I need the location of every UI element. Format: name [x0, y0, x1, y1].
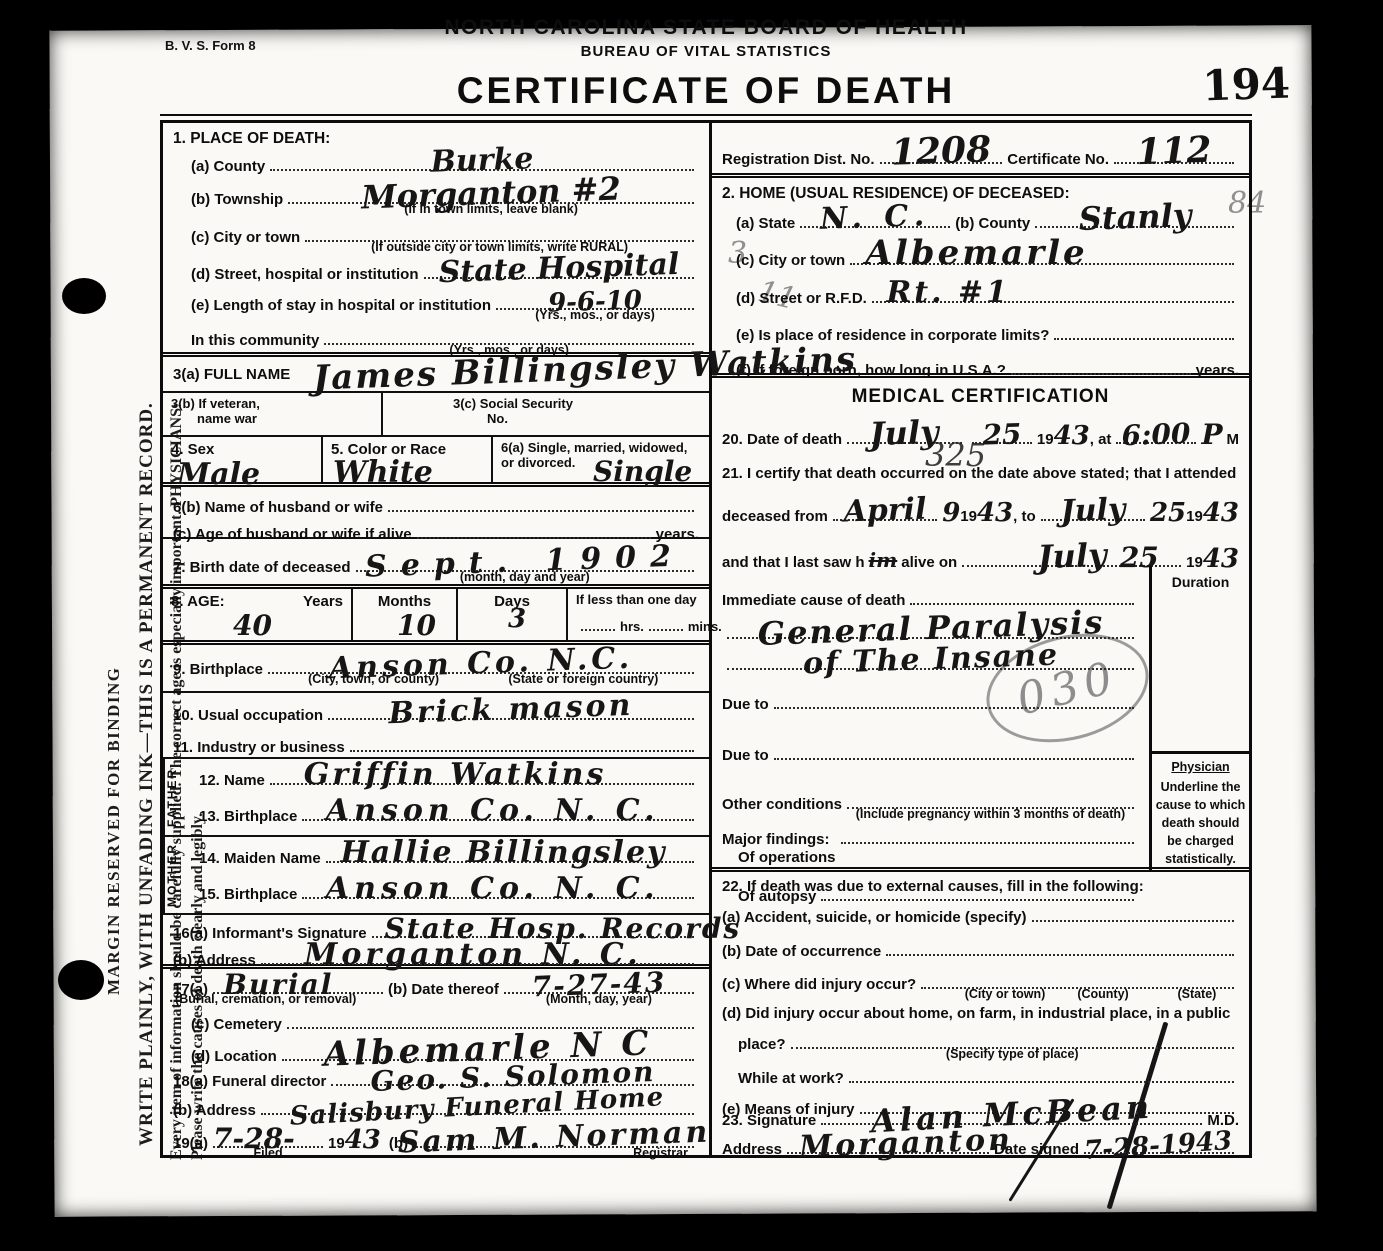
- page-number-stamp: 194: [1201, 58, 1290, 110]
- other-conditions-note: (Include pregnancy within 3 months of de…: [847, 807, 1134, 821]
- ampm-value: P: [1201, 418, 1222, 451]
- mother-name-label: 14. Maiden Name: [199, 850, 321, 867]
- signature-address-line: Morganton: [787, 1137, 989, 1154]
- injury-where-note-county: (County): [1071, 987, 1128, 1001]
- duration-label: Duration: [1172, 574, 1230, 590]
- pod-street-value: State Hospital: [438, 250, 680, 288]
- age-hrs-line: [581, 614, 615, 631]
- attended-to-year: 43: [1203, 498, 1239, 528]
- last-saw-im: im: [869, 548, 898, 572]
- veteran-label-1: 3(b) If veteran,: [171, 397, 373, 412]
- mother-section: MOTHER 14. Maiden Name Hallie Billingsle…: [163, 837, 709, 915]
- spouse-line: [388, 495, 694, 512]
- pod-township-label: (b) Township: [191, 191, 283, 208]
- time-of-death-line: 6:00: [1116, 427, 1196, 444]
- home-state-line: N. C.: [800, 211, 950, 228]
- birth-date-note: (month, day and year): [356, 570, 694, 584]
- pod-township-note: (If in town limits, leave blank): [288, 202, 694, 216]
- physician-note-1: Underline the: [1152, 778, 1249, 796]
- physician-signature-section: 23. Signature Alan McBean M.D. Address M…: [712, 1098, 1249, 1156]
- mother-birthplace-line: Anson Co. N. C.: [302, 882, 694, 899]
- full-name-section: 3(a) FULL NAME James Billingsley Watkins: [163, 357, 709, 393]
- duration-box: Duration: [1149, 566, 1249, 754]
- major-findings-label: Major findings:: [722, 831, 836, 848]
- birthplace-note-1: (City, town, or county): [302, 672, 439, 686]
- age-months-label: Months: [361, 593, 448, 610]
- registration-district-value: 1208: [890, 131, 991, 170]
- attended-to-label: , to: [1013, 508, 1036, 525]
- pod-community-label: In this community: [191, 332, 319, 349]
- immediate-cause-label: Immediate cause of death: [722, 592, 905, 609]
- spouse-age-line: [417, 522, 651, 539]
- pod-township-line: Morganton #2 (If in town limits, leave b…: [288, 187, 694, 204]
- home-city-line: Albemarle: [850, 248, 1234, 265]
- disposal-note: (Burial, cremation, or removal): [169, 992, 409, 1006]
- industry-line: [350, 735, 694, 752]
- birthplace-label: 9. Birthplace: [173, 661, 263, 678]
- mother-birthplace-label: 15. Birthplace: [199, 886, 297, 903]
- hole-punch-bottom: [58, 960, 104, 1000]
- home-county-label: (b) County: [955, 215, 1030, 232]
- date-signed-line: 7-28-1943: [1084, 1137, 1234, 1154]
- spouse-section: 6(b) Name of husband or wife (c) Age of …: [163, 487, 709, 539]
- due-to-line-2: [774, 743, 1134, 760]
- filed-number: 19(a): [173, 1135, 208, 1152]
- informant-address-label: (b) Address: [173, 952, 256, 969]
- age-years-cell: 8. AGE: Years 40: [163, 589, 353, 640]
- injury-where-line: (City or town) (County) (State): [921, 972, 1234, 989]
- physician-note-2: cause to which: [1152, 796, 1249, 814]
- age-years-label: Years: [303, 593, 343, 610]
- home-state-value: N. C.: [820, 201, 931, 235]
- attended-from-year: 43: [977, 498, 1013, 528]
- age-less-cell: If less than one day hrs. mins.: [568, 589, 730, 640]
- pod-stay-line: 9-6-10 (Yrs., mos., or days): [496, 293, 694, 310]
- occurrence-date-line: [886, 939, 1234, 956]
- while-at-work-line: [849, 1066, 1234, 1083]
- registrar-label: Registrar: [413, 1146, 694, 1160]
- physician-note-3: death should: [1152, 814, 1249, 832]
- place-of-death-section: 1. PLACE OF DEATH: (a) County Burke (b) …: [163, 123, 709, 357]
- medical-certification-heading: MEDICAL CERTIFICATION: [712, 378, 1249, 408]
- occupation-value: Brick mason: [388, 691, 634, 730]
- pod-county-label: (a) County: [191, 158, 265, 175]
- due-to-line-1: [774, 692, 1134, 709]
- home-county-value: Stanly: [1078, 199, 1192, 235]
- age-label: 8. AGE:: [171, 593, 225, 610]
- birthplace-note-2: (State or foreign country): [502, 672, 658, 686]
- filed-year-printed: 19: [328, 1135, 345, 1152]
- injury-where-label: (c) Where did injury occur?: [722, 976, 916, 993]
- father-name-value: Griffin Watkins: [304, 760, 607, 790]
- physician-note-4: be charged: [1152, 832, 1249, 850]
- father-section: FATHER 12. Name Griffin Watkins 13. Birt…: [163, 759, 709, 837]
- informant-address-value: Morganton N. C.: [304, 940, 642, 970]
- occupation-section: 10. Usual occupation Brick mason: [163, 693, 709, 727]
- attended-to-day: 25: [1150, 498, 1186, 528]
- filed-year-value: 43: [345, 1125, 381, 1155]
- home-street-label: (d) Street or R.F.D.: [736, 290, 867, 307]
- injury-place-line: (Specify type of place): [791, 1032, 1234, 1049]
- age-section: 8. AGE: Years 40 Months 10 Days 3 I: [163, 589, 709, 645]
- registration-district-line: 1208: [880, 147, 1003, 164]
- age-hrs-label: hrs.: [620, 620, 644, 635]
- attended-to-month-line: July: [1041, 504, 1145, 521]
- pod-stay-label: (e) Length of stay in hospital or instit…: [191, 297, 491, 314]
- funeral-director-section: 18(a) Funeral director Geo. S. Solomon (…: [163, 1065, 709, 1119]
- veteran-ssn-section: 3(b) If veteran, name war 3(c) Social Se…: [163, 393, 709, 437]
- certificate-header: NORTH CAROLINA STATE BOARD OF HEALTH BUR…: [160, 16, 1252, 112]
- home-street-line: Rt. #1: [872, 286, 1234, 303]
- certificate-number-line: 112: [1114, 147, 1234, 164]
- age-mins-line: [649, 614, 683, 631]
- birth-date-section: 7. Birth date of deceased Sept. 1902 (mo…: [163, 539, 709, 589]
- operations-line: [841, 827, 1134, 844]
- spouse-label: 6(b) Name of husband or wife: [173, 499, 383, 516]
- pod-street-line: State Hospital: [424, 262, 695, 279]
- date-of-death-at-label: , at: [1090, 431, 1112, 448]
- home-street-value: Rt. #1: [886, 278, 1010, 308]
- father-birthplace-label: 13. Birthplace: [199, 808, 297, 825]
- funeral-director-label: 18(a) Funeral director: [173, 1073, 326, 1090]
- pod-community-line: (Yrs., mos., or days): [324, 328, 694, 345]
- cause-line-1: General Paralysis: [727, 622, 1134, 639]
- signature-address-label: Address: [722, 1141, 782, 1158]
- pod-city-label: (c) City or town: [191, 229, 300, 246]
- occupation-label: 10. Usual occupation: [173, 707, 323, 724]
- informant-line: State Hosp. Records: [372, 921, 694, 938]
- date-of-death-day: 25: [982, 420, 1022, 449]
- attended-from-month: April: [843, 495, 927, 528]
- home-foreign-suffix: years.: [1196, 362, 1239, 379]
- medical-certification-section: MEDICAL CERTIFICATION 20. Date of death …: [712, 378, 1249, 872]
- certificate-number-value: 112: [1136, 132, 1212, 171]
- to-year-printed: 19: [1186, 508, 1203, 525]
- date-of-death-year-printed: 19: [1037, 431, 1054, 448]
- marital-label-1: 6(a) Single, married, widowed,: [501, 441, 701, 456]
- attended-from-day: 9: [942, 498, 960, 528]
- last-saw-month-line: July 25: [962, 550, 1181, 567]
- margin-binding-note: MARGIN RESERVED FOR BINDING: [104, 667, 124, 995]
- occurrence-date-label: (b) Date of occurrence: [722, 943, 881, 960]
- birthplace-section: 9. Birthplace Anson Co. N.C. (City, town…: [163, 645, 709, 693]
- physician-label: Physician: [1152, 758, 1249, 776]
- age-less-label: If less than one day: [576, 593, 722, 608]
- disposal-section: 17(a) Burial (Burial, cremation, or remo…: [163, 969, 709, 1065]
- time-of-death: 6:00: [1122, 420, 1192, 450]
- full-name-label: 3(a) FULL NAME: [173, 366, 290, 383]
- injury-place-label-1: (d) Did injury occur about home, on farm…: [722, 1005, 1230, 1022]
- attended-to-month: July: [1060, 495, 1126, 527]
- home-city-value: Albemarle: [866, 236, 1088, 270]
- other-conditions-line: (Include pregnancy within 3 months of de…: [847, 792, 1134, 809]
- last-saw-label-1: and that I last saw h: [722, 554, 865, 571]
- race-cell: 5. Color or Race White: [323, 437, 493, 482]
- while-at-work-label: While at work?: [738, 1070, 844, 1087]
- bureau-name: BUREAU OF VITAL STATISTICS: [160, 43, 1252, 60]
- disposal-date-note: (Month, day, year): [504, 992, 694, 1006]
- attended-from-month-line: April: [833, 504, 937, 521]
- disposal-line: Burial (Burial, cremation, or removal): [213, 977, 383, 994]
- certificate-form: 1. PLACE OF DEATH: (a) County Burke (b) …: [160, 120, 1252, 1158]
- pod-county-line: Burke: [270, 154, 694, 171]
- father-name-label: 12. Name: [199, 772, 265, 789]
- pod-city-line: (If outside city or town limits, write R…: [305, 225, 694, 242]
- injury-where-note-city: (City or town): [959, 987, 1046, 1001]
- marital-cell: 6(a) Single, married, widowed, or divorc…: [493, 437, 709, 482]
- due-to-label-2: Due to: [722, 747, 769, 764]
- signature-address-value: Morganton: [799, 1126, 1014, 1163]
- sex-label: 4. Sex: [171, 441, 313, 458]
- registration-district-label: Registration Dist. No.: [722, 151, 875, 168]
- form-right-column: Registration Dist. No. 1208 Certificate …: [712, 123, 1249, 1155]
- page-title: CERTIFICATE OF DEATH: [160, 70, 1252, 112]
- age-days-value: 3: [508, 604, 526, 634]
- form-left-column: 1. PLACE OF DEATH: (a) County Burke (b) …: [163, 123, 712, 1155]
- mother-name-value: Hallie Billingsley: [340, 838, 666, 868]
- age-months-cell: Months 10: [353, 589, 458, 640]
- industry-section: 11. Industry or business: [163, 727, 709, 759]
- filed-date-line: 7-28- Filed: [213, 1131, 323, 1148]
- funeral-address-line: Salisbury Funeral Home: [261, 1098, 694, 1115]
- father-side-label: FATHER: [163, 759, 189, 835]
- external-causes-heading: 22. If death was due to external causes,…: [722, 878, 1144, 895]
- veteran-label-2: name war: [171, 412, 373, 427]
- pod-stay-note: (Yrs., mos., or days): [496, 308, 694, 322]
- disposal-date-line: 7-27-43 (Month, day, year): [504, 977, 694, 994]
- home-foreign-line: [1011, 358, 1191, 375]
- certificate-number-label: Certificate No.: [1007, 151, 1109, 168]
- informant-section: 16(a) Informant's Signature State Hosp. …: [163, 915, 709, 969]
- age-days-cell: Days 3: [458, 589, 568, 640]
- location-label: (d) Location: [191, 1048, 277, 1065]
- injury-where-note-state: (State): [1171, 987, 1216, 1001]
- pod-street-label: (d) Street, hospital or institution: [191, 266, 419, 283]
- physician-note-box: Physician Underline the cause to which d…: [1149, 754, 1249, 872]
- org-name: NORTH CAROLINA STATE BOARD OF HEALTH: [160, 16, 1252, 40]
- from-year-printed: 19: [960, 508, 977, 525]
- physician-note-5: statistically.: [1152, 850, 1249, 868]
- date-of-death-day-line: 25: [972, 427, 1032, 444]
- age-months-value: 10: [397, 609, 436, 642]
- ssn-label-2: No.: [453, 412, 701, 427]
- mother-birthplace-value: Anson Co. N. C.: [326, 874, 660, 904]
- registration-section: Registration Dist. No. 1208 Certificate …: [712, 123, 1249, 178]
- accident-line: [1032, 905, 1234, 922]
- signature-label: 23. Signature: [722, 1112, 816, 1129]
- external-causes-section: 22. If death was due to external causes,…: [712, 872, 1249, 1098]
- cause-value-2: of The Insane: [802, 640, 1059, 679]
- father-birthplace-line: Anson Co. N. C.: [302, 804, 694, 821]
- last-saw-label-2: alive on: [901, 554, 957, 571]
- veteran-cell: 3(b) If veteran, name war: [163, 393, 383, 435]
- home-state-label: (a) State: [736, 215, 795, 232]
- home-city-label: (c) City or town: [736, 252, 845, 269]
- sex-race-marital-section: 4. Sex Male 5. Color or Race White 6(a) …: [163, 437, 709, 487]
- birthplace-line: Anson Co. N.C. (City, town, or county) (…: [268, 657, 694, 674]
- date-of-death-label: 20. Date of death: [722, 431, 842, 448]
- informant-address-line: Morganton N. C.: [261, 948, 694, 965]
- industry-label: 11. Industry or business: [173, 739, 345, 756]
- mother-side-label: MOTHER: [163, 837, 189, 913]
- father-birthplace-value: Anson Co. N. C.: [326, 796, 660, 826]
- father-name-line: Griffin Watkins: [270, 768, 694, 785]
- cemetery-label: (c) Cemetery: [191, 1016, 282, 1033]
- attended-from-label: deceased from: [722, 508, 828, 525]
- age-years-value: 40: [233, 609, 272, 642]
- hole-punch-top: [62, 278, 106, 314]
- cause-line-2: of The Insane: [727, 653, 1134, 670]
- operations-label: Of operations: [722, 849, 836, 866]
- mother-name-line: Hallie Billingsley: [326, 846, 694, 863]
- birth-date-line: Sept. 1902 (month, day and year): [356, 555, 694, 572]
- other-conditions-label: Other conditions: [722, 796, 842, 813]
- injury-place-label-2: place?: [738, 1036, 786, 1053]
- funeral-address-label: (b) Address: [173, 1102, 256, 1119]
- birth-date-label: 7. Birth date of deceased: [173, 559, 351, 576]
- occupation-line: Brick mason: [328, 703, 694, 720]
- filed-label: Filed: [213, 1146, 323, 1160]
- injury-place-note: (Specify type of place): [791, 1047, 1234, 1061]
- ssn-cell: 3(c) Social Security No.: [383, 393, 709, 435]
- filed-section: 19(a) 7-28- Filed 19 43 (b) Sam M. Norma…: [163, 1119, 709, 1157]
- home-corporate-line: [1054, 323, 1234, 340]
- sex-cell: 4. Sex Male: [163, 437, 323, 482]
- scanned-death-certificate: MARGIN RESERVED FOR BINDING WRITE PLAINL…: [0, 0, 1383, 1251]
- date-of-death-month-line: July: [847, 427, 962, 444]
- home-county-line: Stanly: [1035, 211, 1234, 228]
- due-to-label-1: Due to: [722, 696, 769, 713]
- date-of-death-year: 43: [1054, 421, 1090, 451]
- accident-label: (a) Accident, suicide, or homicide (spec…: [722, 909, 1027, 926]
- ssn-label-1: 3(c) Social Security: [453, 397, 701, 412]
- date-of-death-month: July: [869, 416, 939, 450]
- certify-statement: 21. I certify that death occurred on the…: [722, 465, 1236, 482]
- marital-value: Single: [593, 455, 692, 488]
- m-label: M: [1227, 431, 1240, 448]
- last-saw-month: July: [1037, 539, 1107, 573]
- race-value: White: [333, 455, 433, 490]
- registrar-line: Sam M. Norman Registrar: [413, 1131, 694, 1148]
- margin-permanent-record-note: WRITE PLAINLY, WITH UNFADING INK—THIS IS…: [136, 402, 158, 1146]
